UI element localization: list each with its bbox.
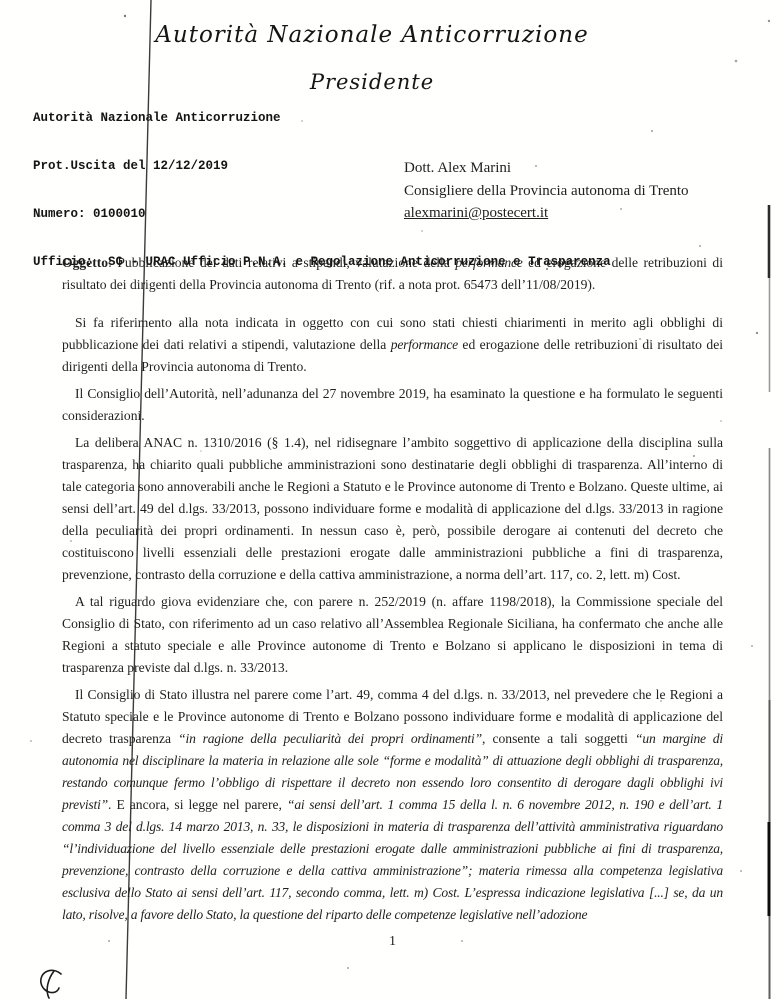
paragraph: La delibera ANAC n. 1310/2016 (§ 1.4), n… (62, 432, 723, 586)
letter-body-paragraphs: Si fa riferimento alla nota indicata in … (62, 312, 723, 926)
paragraph: Si fa riferimento alla nota indicata in … (62, 312, 723, 378)
stamp-authority-line: Autorità Nazionale Anticorruzione (33, 110, 611, 126)
paragraph: Il Consiglio di Stato illustra nel parer… (62, 684, 723, 926)
recipient-email-link[interactable]: alexmarini@postecert.it (404, 205, 548, 221)
recipient-name: Dott. Alex Marini (404, 157, 689, 180)
paragraph: A tal riguardo giova evidenziare che, co… (62, 591, 723, 679)
scanned-letter-page: Autorità Nazionale Anticorruzione Presid… (0, 0, 784, 999)
paragraph: Il Consiglio dell’Autorità, nell’adunanz… (62, 383, 723, 427)
letterhead-authority-script: Autorità Nazionale Anticorruzione (42, 22, 702, 48)
signature-paraph-mark (41, 970, 61, 998)
subject-paragraph: Oggetto: Pubblicazione dei dati relativi… (62, 252, 723, 296)
recipient-block: Dott. Alex Marini Consigliere della Prov… (404, 157, 689, 225)
page-edge-artifact (769, 205, 770, 999)
recipient-role: Consigliere della Provincia autonoma di … (404, 180, 689, 203)
letter-body: Oggetto: Pubblicazione dei dati relativi… (62, 252, 723, 953)
page-number: 1 (62, 931, 723, 953)
